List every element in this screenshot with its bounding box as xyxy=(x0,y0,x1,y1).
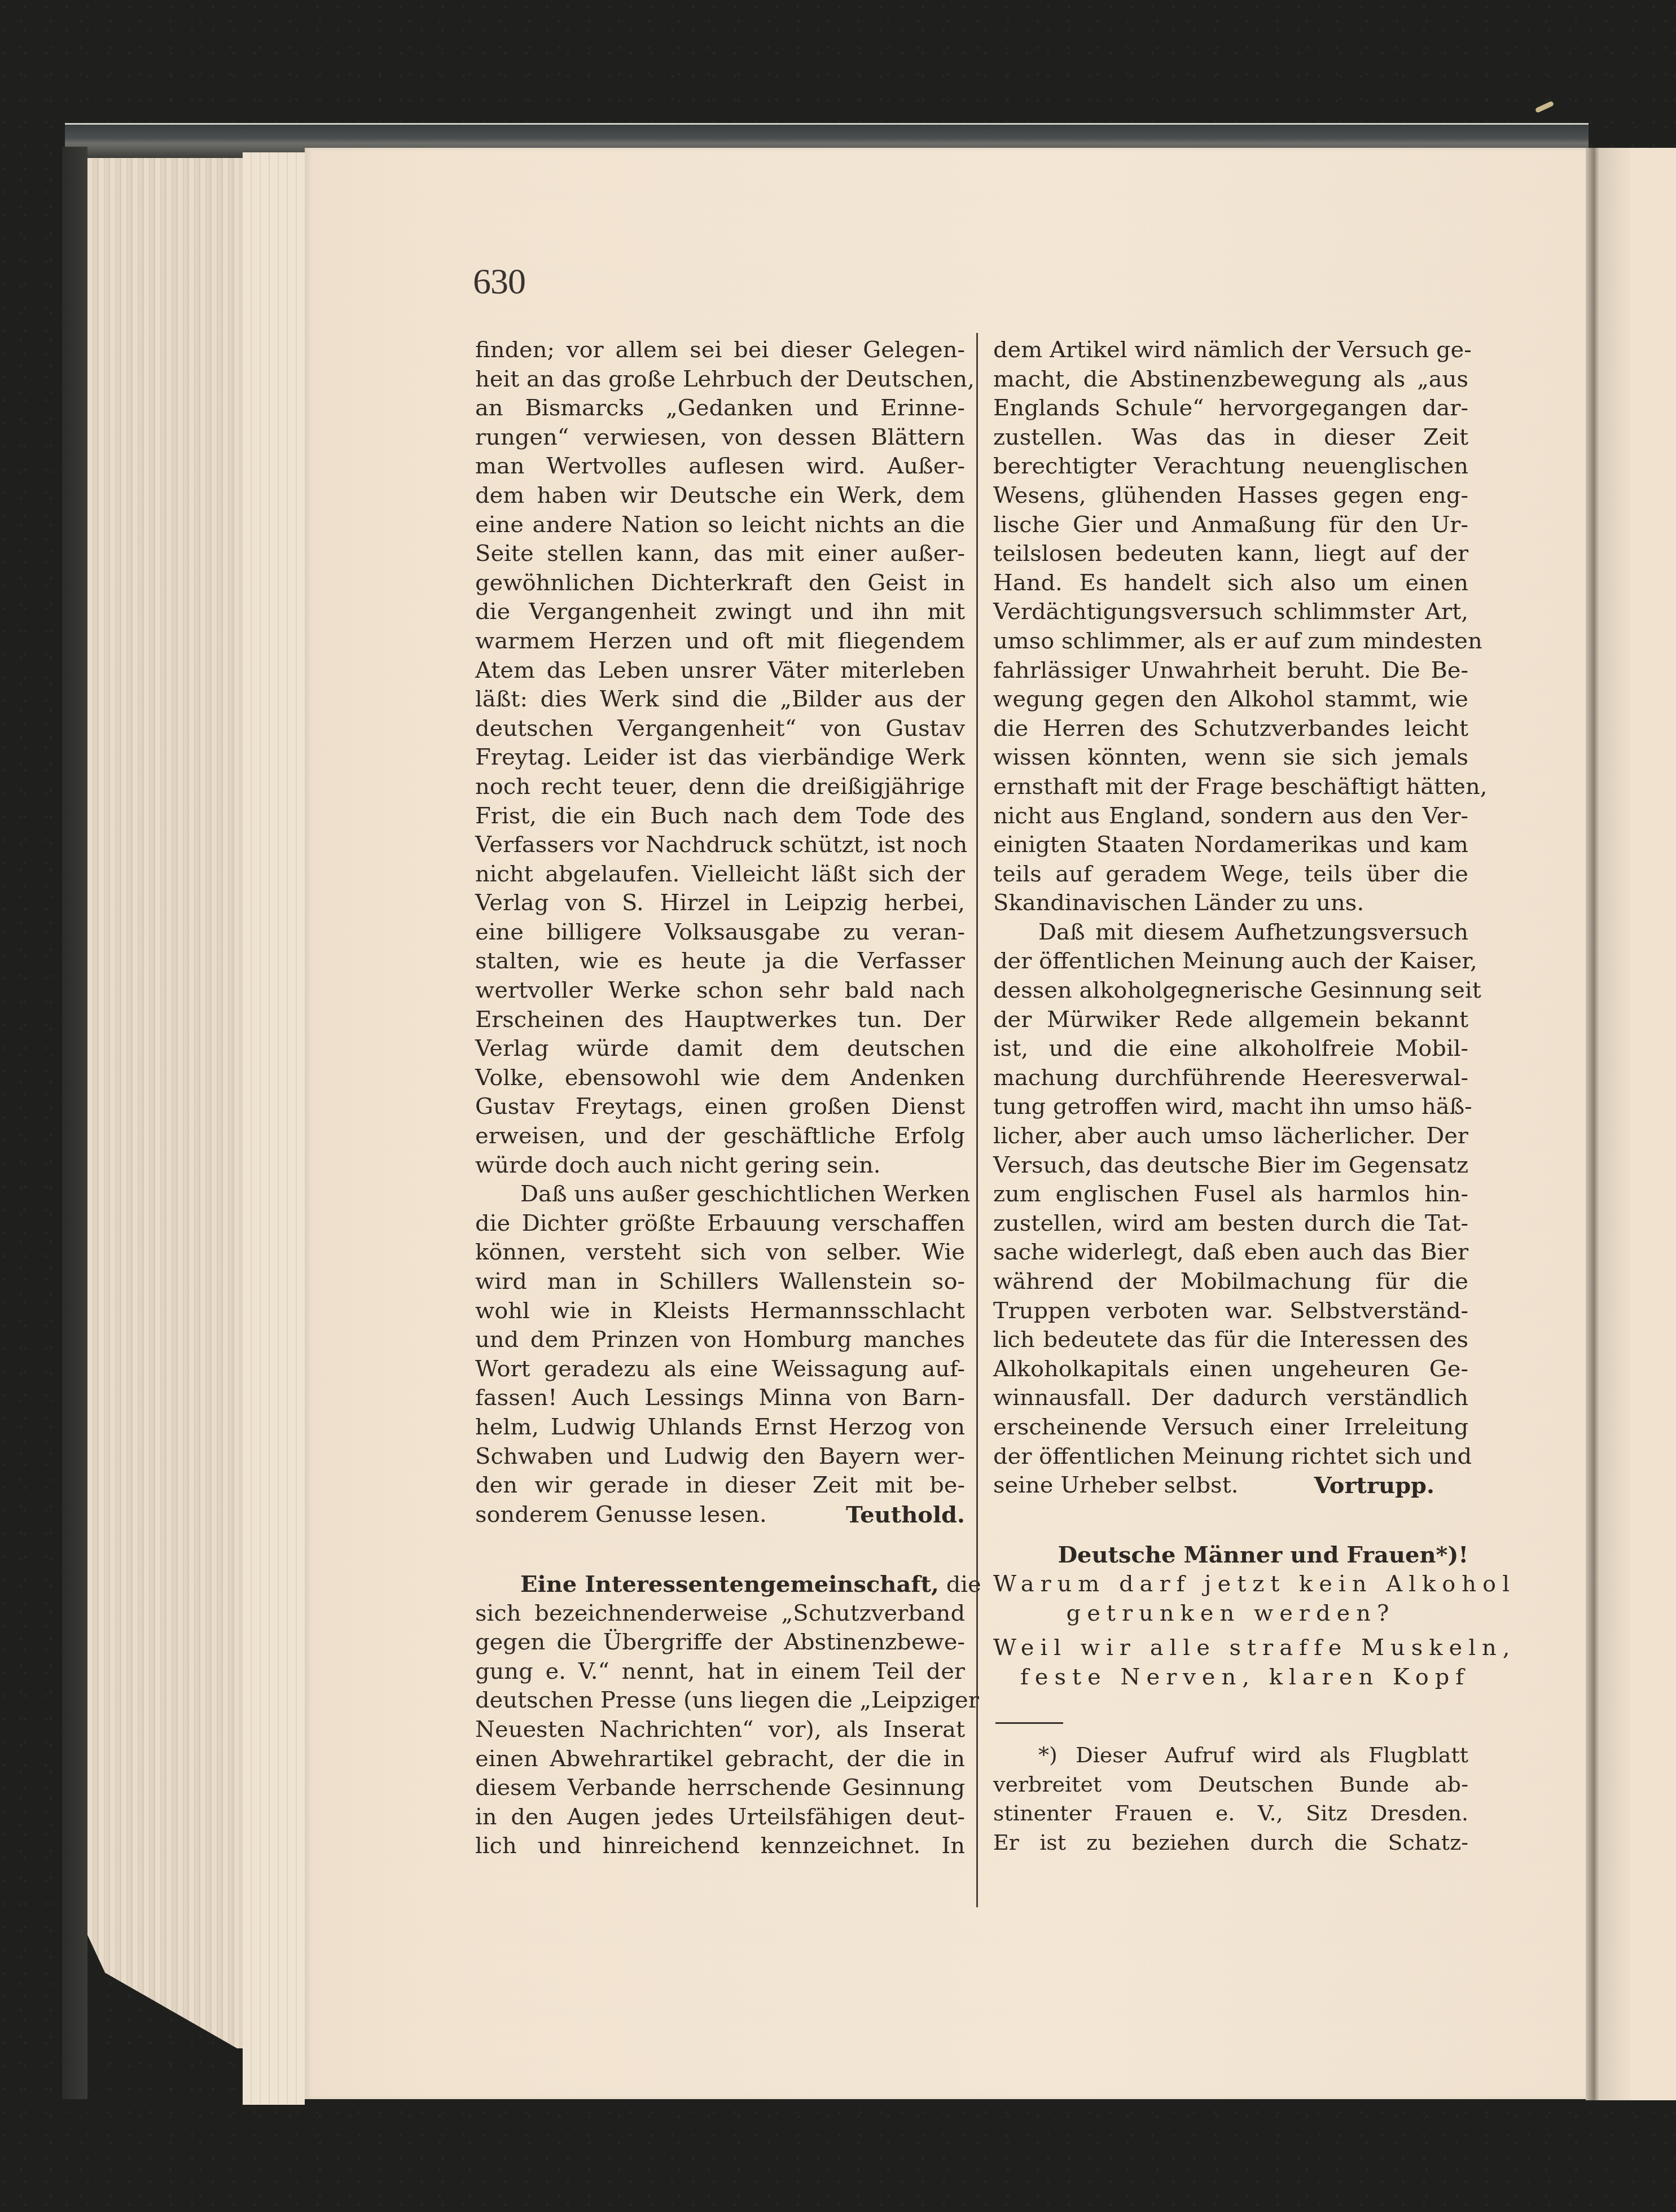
footnote-rule xyxy=(995,1722,1063,1724)
paragraph-schutzverband: Eine Interessentengemeinschaft, die sich… xyxy=(475,1570,965,1861)
text-line: gewöhnlichen Dichterkraft den Geist in xyxy=(475,569,965,598)
text-line: können, versteht sich von selber. Wie xyxy=(475,1238,965,1267)
text-line: der öffentlichen Meinung auch der Kaiser… xyxy=(993,947,1468,976)
text-line: die Dichter größte Erbauung verschaffen xyxy=(475,1209,965,1239)
signature-vortrupp: Vortrupp. xyxy=(1314,1471,1434,1500)
paragraph-gap xyxy=(993,1500,1468,1530)
text-line: Verdächtigungsversuch schlimmster Art, xyxy=(993,598,1468,627)
text-line: würde doch auch nicht gering sein. xyxy=(475,1151,965,1180)
text-line: diesem Verbande herrschende Gesinnung xyxy=(475,1774,965,1803)
appeal-question: Warum darf jetzt kein Alkohol xyxy=(993,1570,1468,1599)
text-line: Wort geradezu als eine Weissagung auf- xyxy=(475,1355,965,1384)
text-line: seine Urheber selbst.Vortrupp. xyxy=(993,1471,1468,1500)
paragraph-gap xyxy=(475,1529,965,1559)
appeal-question: getrunken werden? xyxy=(993,1599,1468,1629)
text-line: Wesens, glühenden Hasses gegen eng- xyxy=(993,481,1468,511)
text-line: Frist, die ein Buch nach dem Tode des xyxy=(475,802,965,831)
text-line: ist, und die eine alkoholfreie Mobil- xyxy=(993,1034,1468,1064)
text-line: Skandinavischen Länder zu uns. xyxy=(993,889,1468,918)
text-line: teilslosen bedeuten kann, liegt auf der xyxy=(993,539,1468,569)
text-line: Verlag von S. Hirzel in Leipzig herbei, xyxy=(475,889,965,918)
text-line: licher, aber auch umso lächerlicher. Der xyxy=(993,1122,1468,1151)
paragraph-freytag: finden; vor allem sei bei dieser Gelegen… xyxy=(475,336,965,1180)
footnote-line: *) Dieser Aufruf wird als Flugblatt xyxy=(993,1741,1468,1770)
text-line: zustellen. Was das in dieser Zeit xyxy=(993,423,1468,453)
signature-teuthold: Teuthold. xyxy=(846,1500,965,1530)
text-line: gegen die Übergriffe der Abstinenzbewe- xyxy=(475,1628,965,1657)
text-line: deutschen Presse (uns liegen die „Leipzi… xyxy=(475,1686,965,1715)
footnote-line: verbreitet vom Deutschen Bunde ab- xyxy=(993,1770,1468,1800)
text-line: fassen! Auch Lessings Minna von Barn- xyxy=(475,1384,965,1413)
text-line: zustellen, wird am besten durch die Tat- xyxy=(993,1209,1468,1239)
text-line: Alkoholkapitals einen ungeheuren Ge- xyxy=(993,1355,1468,1384)
text-line: lich bedeutete das für die Interessen de… xyxy=(993,1326,1468,1355)
text-line: die Vergangenheit zwingt und ihn mit xyxy=(475,598,965,627)
appeal-answer: feste Nerven, klaren Kopf xyxy=(993,1663,1468,1692)
lead-phrase: Eine Interessentengemeinschaft, xyxy=(520,1571,939,1597)
text-line: fahrlässiger Unwahrheit beruht. Die Be- xyxy=(993,656,1468,686)
text-line: nicht aus England, sondern aus den Ver- xyxy=(993,802,1468,831)
text-line: lich und hinreichend kennzeichnet. In xyxy=(475,1832,965,1861)
text-line: berechtigter Verachtung neuenglischen xyxy=(993,452,1468,481)
footnote-line: Er ist zu beziehen durch die Schatz- xyxy=(993,1828,1468,1858)
text-line: zum englischen Fusel als harmlos hin- xyxy=(993,1180,1468,1209)
text-line: erweisen, und der geschäftliche Erfolg xyxy=(475,1122,965,1151)
paragraph-dichter: Daß uns außer geschichtlichen Werken die… xyxy=(475,1180,965,1529)
text-line: Volke, ebensowohl wie dem Andenken xyxy=(475,1064,965,1093)
footnote: *) Dieser Aufruf wird als Flugblatt verb… xyxy=(993,1741,1468,1857)
text-line: Freytag. Leider ist das vierbändige Werk xyxy=(475,743,965,773)
text-line: während der Mobilmachung für die xyxy=(993,1267,1468,1297)
text-fragment: die xyxy=(946,1572,981,1597)
text-line: Truppen verboten war. Selbstverständ- xyxy=(993,1297,1468,1326)
text-line: warmem Herzen und oft mit fliegendem xyxy=(475,627,965,656)
text-line: Daß mit diesem Aufhetzungsversuch xyxy=(993,918,1468,947)
text-line: man Wertvolles auflesen wird. Außer- xyxy=(475,452,965,481)
text-line: Hand. Es handelt sich also um einen xyxy=(993,569,1468,598)
paragraph-gap xyxy=(475,1559,965,1570)
text-line: eine andere Nation so leicht nichts an d… xyxy=(475,511,965,540)
text-line: wohl wie in Kleists Hermannsschlacht xyxy=(475,1297,965,1326)
text-line: an Bismarcks „Gedanken und Erinne- xyxy=(475,394,965,423)
text-line: noch recht teuer, denn die dreißigjährig… xyxy=(475,773,965,802)
text-line: wissen könnten, wenn sie sich jemals xyxy=(993,743,1468,773)
text-line: Versuch, das deutsche Bier im Gegensatz xyxy=(993,1151,1468,1180)
text-line: umso schlimmer, als er auf zum mindesten xyxy=(993,627,1468,656)
text-line: der Mürwiker Rede allgemein bekannt xyxy=(993,1006,1468,1035)
text-line: Atem das Leben unsrer Väter miterleben xyxy=(475,656,965,686)
text-line: winnausfall. Der dadurch verständlich xyxy=(993,1384,1468,1413)
text-line: Erscheinen des Hauptwerkes tun. Der xyxy=(475,1006,965,1035)
text-line: macht, die Abstinenzbewegung als „aus xyxy=(993,365,1468,394)
text-line: ernsthaft mit der Frage beschäftigt hätt… xyxy=(993,773,1468,802)
text-line: läßt: dies Werk sind die „Bilder aus der xyxy=(475,685,965,714)
text-line: einen Abwehrartikel gebracht, der die in xyxy=(475,1745,965,1774)
paragraph-artikel: dem Artikel wird nämlich der Versuch ge-… xyxy=(993,336,1468,918)
text-line: Neuesten Nachrichten“ vor), als Inserat xyxy=(475,1715,965,1745)
text-line: sache widerlegt, daß eben auch das Bier xyxy=(993,1238,1468,1267)
text-line: teils auf geradem Wege, teils über die xyxy=(993,860,1468,889)
text-line: und dem Prinzen von Homburg manches xyxy=(475,1326,965,1355)
text-line: Verfassers vor Nachdruck schützt, ist no… xyxy=(475,831,965,860)
text-line: dem Artikel wird nämlich der Versuch ge- xyxy=(993,336,1468,365)
text-line: rungen“ verwiesen, von dessen Blättern xyxy=(475,423,965,453)
text-fragment: sonderem Genusse lesen. xyxy=(475,1502,767,1528)
text-line: deutschen Vergangenheit“ von Gustav xyxy=(475,714,965,744)
text-line: in den Augen jedes Urteilsfähigen deut- xyxy=(475,1803,965,1832)
text-line: lische Gier und Anmaßung für den Ur- xyxy=(993,511,1468,540)
text-line: Schwaben und Ludwig den Bayern wer- xyxy=(475,1442,965,1472)
book-gutter xyxy=(1586,148,1631,2100)
text-line: wegung gegen den Alkohol stammt, wie xyxy=(993,685,1468,714)
text-line: stalten, wie es heute ja die Verfasser xyxy=(475,947,965,976)
text-line: den wir gerade in dieser Zeit mit be- xyxy=(475,1471,965,1500)
text-line: wird man in Schillers Wallenstein so- xyxy=(475,1267,965,1297)
right-column: dem Artikel wird nämlich der Versuch ge-… xyxy=(993,336,1468,1692)
text-line: heit an das große Lehrbuch der Deutschen… xyxy=(475,365,965,394)
book-cover-left-edge xyxy=(62,147,87,2099)
appeal-block: Deutsche Männer und Frauen*)! Warum darf… xyxy=(993,1540,1468,1692)
text-line: erscheinende Versuch einer Irreleitung xyxy=(993,1413,1468,1442)
text-line: tung getroffen wird, macht ihn umso häß- xyxy=(993,1092,1468,1122)
left-column: finden; vor allem sei bei dieser Gelegen… xyxy=(475,336,965,1861)
text-line: der öffentlichen Meinung richtet sich un… xyxy=(993,1442,1468,1472)
facing-page-edge xyxy=(1631,148,1676,2100)
column-divider xyxy=(976,333,978,1907)
footnote-line: stinenter Frauen e. V., Sitz Dresden. xyxy=(993,1799,1468,1828)
text-line: Gustav Freytags, einen großen Dienst xyxy=(475,1092,965,1122)
text-line: helm, Ludwig Uhlands Ernst Herzog von xyxy=(475,1413,965,1442)
text-line: einigten Staaten Nordamerikas und kam xyxy=(993,831,1468,860)
text-line: dem haben wir Deutsche ein Werk, dem xyxy=(475,481,965,511)
appeal-heading: Deutsche Männer und Frauen*)! xyxy=(993,1540,1468,1570)
text-line: machung durchführende Heeresverwal- xyxy=(993,1064,1468,1093)
appeal-answer: Weil wir alle straffe Muskeln, xyxy=(993,1634,1468,1663)
page-number: 630 xyxy=(473,261,525,302)
text-line: Englands Schule“ hervorgegangen dar- xyxy=(993,394,1468,423)
text-line: Eine Interessentengemeinschaft, die xyxy=(475,1570,965,1599)
text-line: sich bezeichnenderweise „Schutzverband xyxy=(475,1599,965,1629)
text-line: nicht abgelaufen. Vielleicht läßt sich d… xyxy=(475,860,965,889)
text-line: sonderem Genusse lesen.Teuthold. xyxy=(475,1500,965,1530)
text-line: Daß uns außer geschichtlichen Werken xyxy=(475,1180,965,1209)
text-line: gung e. V.“ nennt, hat in einem Teil der xyxy=(475,1657,965,1687)
paragraph-kaiser: Daß mit diesem Aufhetzungsversuch der öf… xyxy=(993,918,1468,1500)
text-line: dessen alkoholgegnerische Gesinnung seit xyxy=(993,976,1468,1006)
text-line: Seite stellen kann, das mit einer außer- xyxy=(475,539,965,569)
text-line: finden; vor allem sei bei dieser Gelegen… xyxy=(475,336,965,365)
text-line: Verlag würde damit dem deutschen xyxy=(475,1034,965,1064)
text-fragment: seine Urheber selbst. xyxy=(993,1472,1238,1498)
paragraph-gap xyxy=(993,1529,1468,1540)
text-line: wertvoller Werke schon sehr bald nach xyxy=(475,976,965,1006)
text-line: die Herren des Schutzverbandes leicht xyxy=(993,714,1468,744)
page-stack-inner-edges xyxy=(243,152,305,2105)
text-line: eine billigere Volksausgabe zu veran- xyxy=(475,918,965,947)
